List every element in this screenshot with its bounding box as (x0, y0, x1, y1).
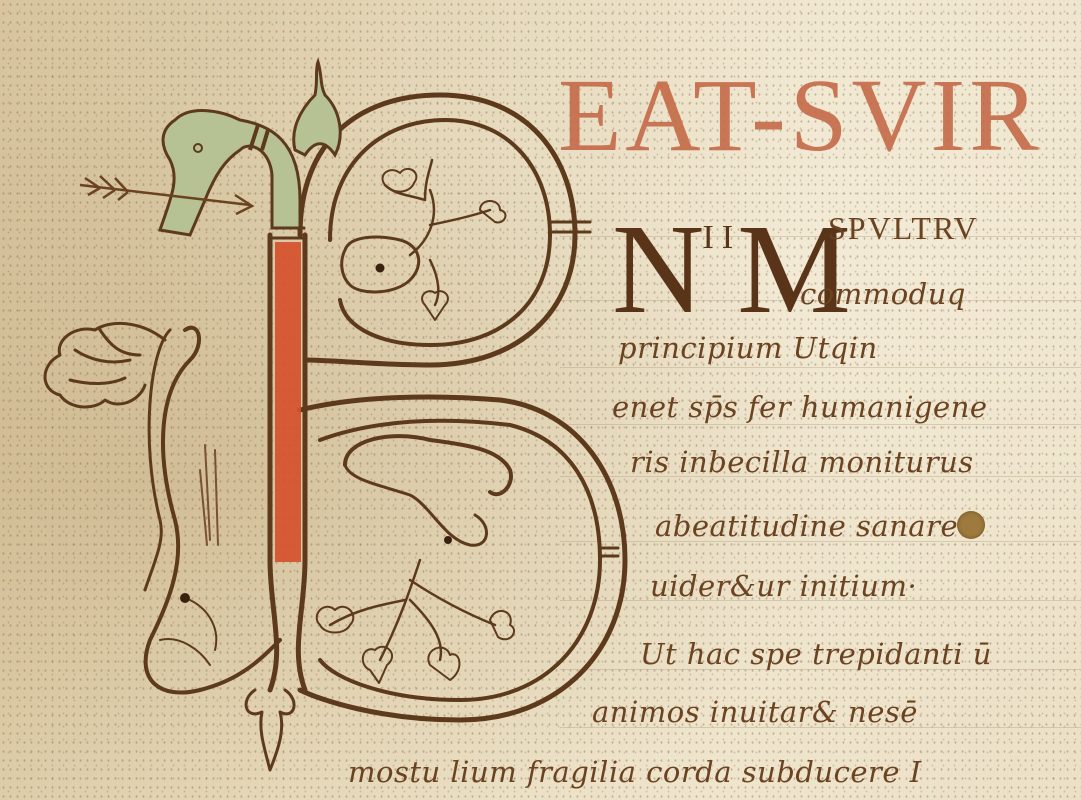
text-line-2: principium Utqin (618, 334, 878, 363)
red-stem-fill (275, 242, 301, 562)
display-capitals-after: SPVLTRV (828, 212, 979, 244)
text-line-9: mostu lium fragilia corda subducere I (348, 758, 922, 787)
capital-small-i: I (722, 219, 733, 256)
text-line-6: uider&ur initium· (650, 572, 917, 601)
parchment-hole (957, 511, 985, 539)
capital-small-i: I (702, 219, 713, 256)
text-line-5: abeatitudine sanare (655, 512, 958, 541)
green-lily-finial (294, 62, 341, 155)
green-beast-head (160, 111, 300, 235)
text-line-3: enet sp̄s fer humanigene (612, 393, 988, 422)
text-line-8: animos inuitar& nesē (592, 698, 918, 727)
text-line-1: commoduq (800, 280, 966, 309)
capital-n: N (612, 198, 698, 340)
text-line-4: ris inbecilla moniturus (630, 448, 974, 477)
display-capitals: NIIM (612, 205, 845, 333)
text-line-7: Ut hac spe trepidanti ū (640, 640, 992, 669)
rubric-heading: EAT-SVIR (558, 64, 1043, 168)
